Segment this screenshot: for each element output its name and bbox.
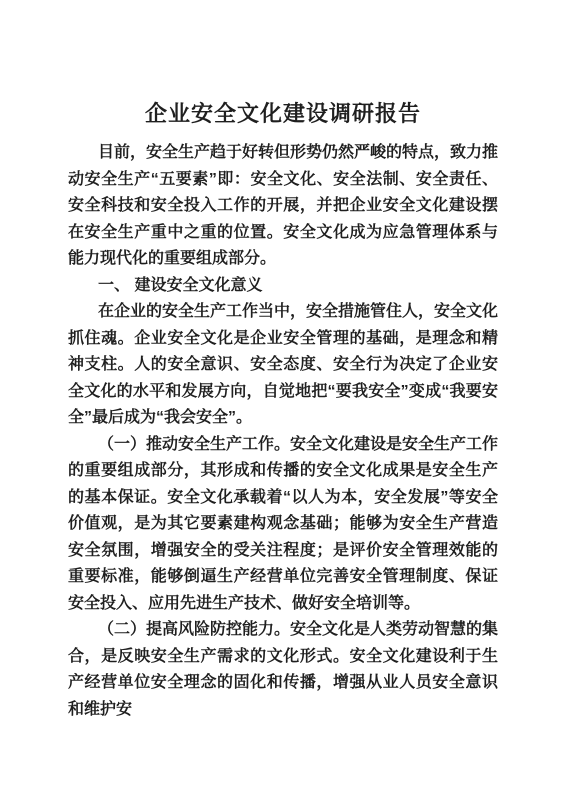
document-title: 企业安全文化建设调研报告 bbox=[68, 98, 498, 130]
paragraph-significance: 在企业的安全生产工作当中，安全措施管住人，安全文化抓住魂。企业安全文化是企业安全… bbox=[68, 299, 498, 432]
document-page: 企业安全文化建设调研报告 目前，安全生产趋于好转但形势仍然严峻的特点，致力推动安… bbox=[0, 0, 570, 807]
paragraph-intro: 目前，安全生产趋于好转但形势仍然严峻的特点，致力推动安全生产“五要素”即：安全文… bbox=[68, 140, 498, 273]
paragraph-item-1: （一）推动安全生产工作。安全文化建设是安全生产工作的重要组成部分，其形成和传播的… bbox=[68, 432, 498, 618]
section-heading-1: 一、 建设安全文化意义 bbox=[68, 273, 498, 300]
paragraph-item-2: （二）提高风险防控能力。安全文化是人类劳动智慧的集合，是反映安全生产需求的文化形… bbox=[68, 617, 498, 723]
